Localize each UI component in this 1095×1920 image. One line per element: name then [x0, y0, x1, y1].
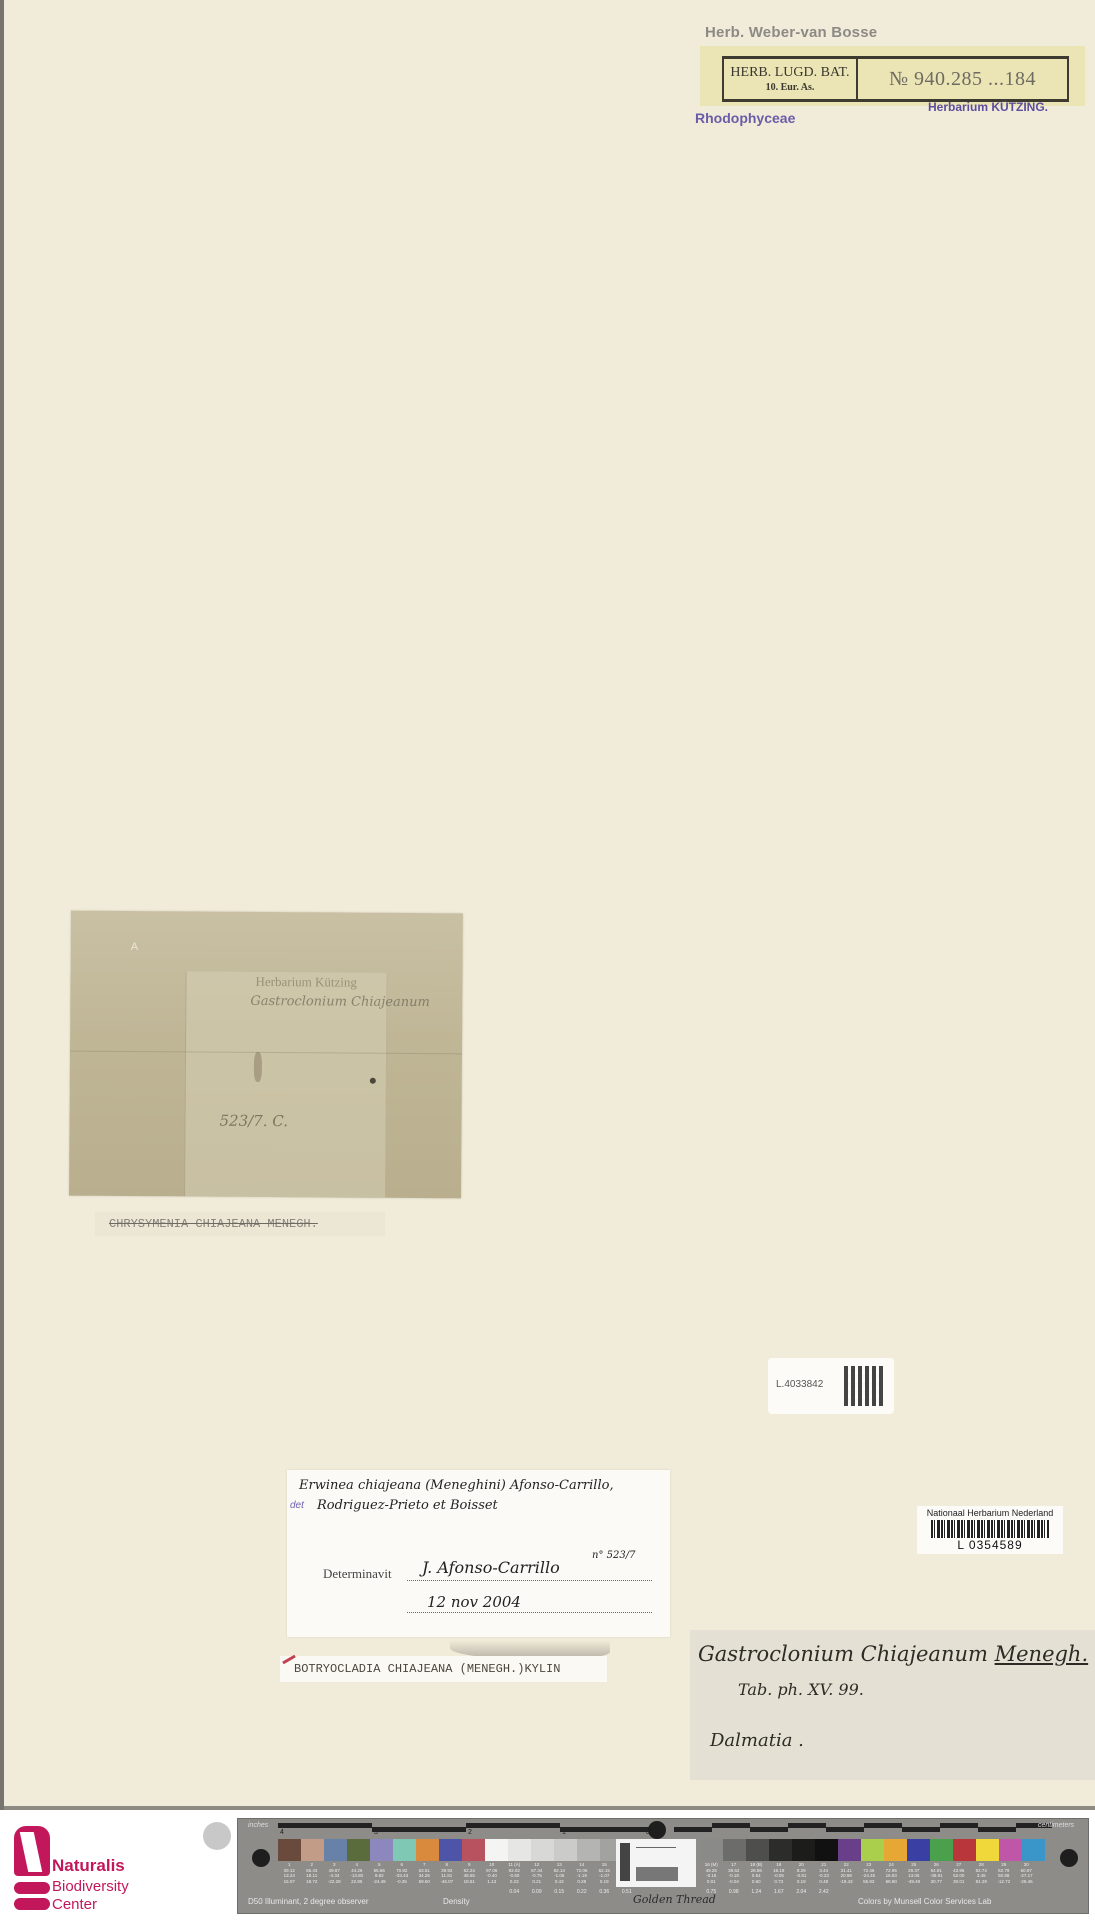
color-patch: [723, 1839, 746, 1861]
color-patches-right: [700, 1839, 1045, 1861]
original-label: Gastroclonium Chiajeanum Menegh. Tab. ph…: [690, 1630, 1095, 1780]
color-patch: [393, 1839, 416, 1861]
original-label-locality: Dalmatia .: [710, 1730, 804, 1751]
color-patch: [953, 1839, 976, 1861]
determination-name-line2: Rodriguez-Prieto et Boisset: [317, 1498, 498, 1513]
herbarium-number: № 940.285 ...184: [858, 59, 1067, 99]
current-name-label: BOTRYOCLADIA CHIAJEANA (MENEGH.)KYLIN: [280, 1656, 607, 1682]
color-patch: [907, 1839, 930, 1861]
herbarium-number-label: HERB. LUGD. BAT. 10. Eur. As. № 940.285 …: [700, 46, 1085, 106]
current-name-text: BOTRYOCLADIA CHIAJEANA (MENEGH.)KYLIN: [294, 1662, 560, 1676]
logo-text-biodiversity: Biodiversity: [52, 1878, 129, 1895]
qr-id: L.4033842: [776, 1379, 823, 1390]
pin-hole: [370, 1078, 376, 1084]
inches-unit: inches: [248, 1822, 268, 1829]
grey-reference-dot: [203, 1822, 231, 1850]
color-patch: [700, 1839, 723, 1861]
determination-purple-mark: det: [290, 1500, 304, 1511]
sheet-edge: [0, 0, 4, 1810]
signature-line: [407, 1580, 652, 1581]
color-patch: [792, 1839, 815, 1861]
patch-values-left: 139.1213.2415.07 265.4318.1118.72 349.87…: [278, 1862, 616, 1884]
color-patch: [301, 1839, 324, 1861]
footer-strip: Naturalis Biodiversity Center inches 4 3…: [0, 1814, 1095, 1920]
determiner-signature: J. Afonso-Carrillo: [422, 1558, 560, 1577]
original-author: Menegh.: [995, 1642, 1089, 1666]
determinavit-caption: Determinavit: [323, 1566, 392, 1582]
determination-ref-number: n° 523/7: [592, 1550, 635, 1561]
color-calibration-chart: inches 4 3 2 1 0: [237, 1818, 1089, 1914]
naturalis-logo: Naturalis Biodiversity Center: [12, 1826, 142, 1916]
qr-code-icon: [844, 1366, 884, 1406]
herbarium-sheet: Herb. Weber-van Bosse HERB. LUGD. BAT. 1…: [0, 0, 1095, 1810]
color-patch: [999, 1839, 1022, 1861]
logo-bar-icon: [14, 1898, 50, 1910]
color-patch: [861, 1839, 884, 1861]
color-patch: [746, 1839, 769, 1861]
barcode-institution: Nationaal Herbarium Nederland: [917, 1508, 1063, 1518]
herbarium-label-left: HERB. LUGD. BAT. 10. Eur. As.: [724, 59, 858, 99]
rhodophyceae-stamp: Rhodophyceae: [695, 110, 795, 126]
color-patch: [416, 1839, 439, 1861]
color-patch: [347, 1839, 370, 1861]
munsell-caption: Colors by Munsell Color Services Lab: [858, 1897, 991, 1906]
cm-ruler: [674, 1823, 1052, 1837]
old-name-label: CHRYSYMENIA CHIAJEANA MENEGH.: [95, 1212, 385, 1236]
weber-van-bosse-stamp: Herb. Weber-van Bosse: [705, 24, 877, 41]
color-patch: [370, 1839, 393, 1861]
barcode-icon: [931, 1520, 1049, 1538]
color-patch: [462, 1839, 485, 1861]
envelope-mark: A: [131, 941, 138, 953]
barcode-label: Nationaal Herbarium Nederland L 0354589: [917, 1506, 1063, 1554]
logo-bar-icon: [14, 1882, 50, 1894]
herbarium-label-frame: HERB. LUGD. BAT. 10. Eur. As. № 940.285 …: [722, 56, 1069, 102]
color-patch: [278, 1839, 301, 1861]
herbarium-subtitle: 10. Eur. As.: [766, 82, 815, 93]
color-patch: [838, 1839, 861, 1861]
color-patch: [577, 1839, 600, 1861]
kutzing-stamp: Herbarium KÜTZING.: [928, 100, 1048, 114]
color-patch: [976, 1839, 999, 1861]
color-patches-left: [278, 1839, 623, 1861]
logo-text-center: Center: [52, 1896, 97, 1913]
color-patch: [769, 1839, 792, 1861]
chart-registration-dot: [648, 1821, 666, 1839]
density-caption: Density: [443, 1897, 470, 1906]
envelope-handwritten-number: 523/7. C.: [219, 1112, 288, 1130]
color-patch: [884, 1839, 907, 1861]
color-patch: [554, 1839, 577, 1861]
herbarium-title: HERB. LUGD. BAT.: [730, 65, 849, 81]
logo-text-naturalis: Naturalis: [52, 1856, 125, 1876]
naturalis-n-icon: [14, 1826, 50, 1876]
centimeters-unit: centimeters: [1038, 1822, 1074, 1829]
determination-date: 12 nov 2004: [427, 1593, 521, 1611]
specimen-fragment: [254, 1052, 262, 1082]
color-patch: [324, 1839, 347, 1861]
density-values-right: 0.75 0.98 1.24 1.67 2.04 2.42: [700, 1889, 835, 1895]
patch-values-right: 16 (M)49.25-0.160.01 1738.62-0.18-0.04 1…: [700, 1862, 1038, 1884]
color-patch: [930, 1839, 953, 1861]
qr-label: L.4033842: [768, 1358, 894, 1414]
density-values-left: 0.04 0.09 0.15 0.22 0.36 0.51: [503, 1889, 638, 1895]
illuminant-caption: D50 Illuminant, 2 degree observer: [248, 1897, 369, 1906]
color-patch: [439, 1839, 462, 1861]
original-genus-species: Gastroclonium Chiajeanum: [698, 1642, 988, 1666]
color-patch: [1022, 1839, 1045, 1861]
original-label-name: Gastroclonium Chiajeanum Menegh.: [698, 1642, 1088, 1666]
inch-ruler: 4 3 2 1 0: [278, 1823, 653, 1837]
envelope-printed-text: Herbarium Kützing: [255, 974, 357, 991]
chart-registration-dot: [252, 1849, 270, 1867]
original-label-reference: Tab. ph. XV. 99.: [738, 1680, 864, 1699]
color-patch: [508, 1839, 531, 1861]
specimen-envelope: A Herbarium Kützing Gastroclonium Chiaje…: [69, 911, 463, 1199]
determination-name-line1: Erwinea chiajeana (Meneghini) Afonso-Car…: [299, 1478, 614, 1493]
barcode-number: L 0354589: [917, 1538, 1063, 1552]
envelope-handwritten-name: Gastroclonium Chiajeanum: [250, 994, 430, 1010]
color-patch: [531, 1839, 554, 1861]
color-patch: [485, 1839, 508, 1861]
determination-label: Erwinea chiajeana (Meneghini) Afonso-Car…: [287, 1470, 670, 1637]
date-line: [407, 1612, 652, 1613]
resolution-target: [616, 1839, 696, 1887]
chart-registration-dot: [1060, 1849, 1078, 1867]
color-patch: [815, 1839, 838, 1861]
